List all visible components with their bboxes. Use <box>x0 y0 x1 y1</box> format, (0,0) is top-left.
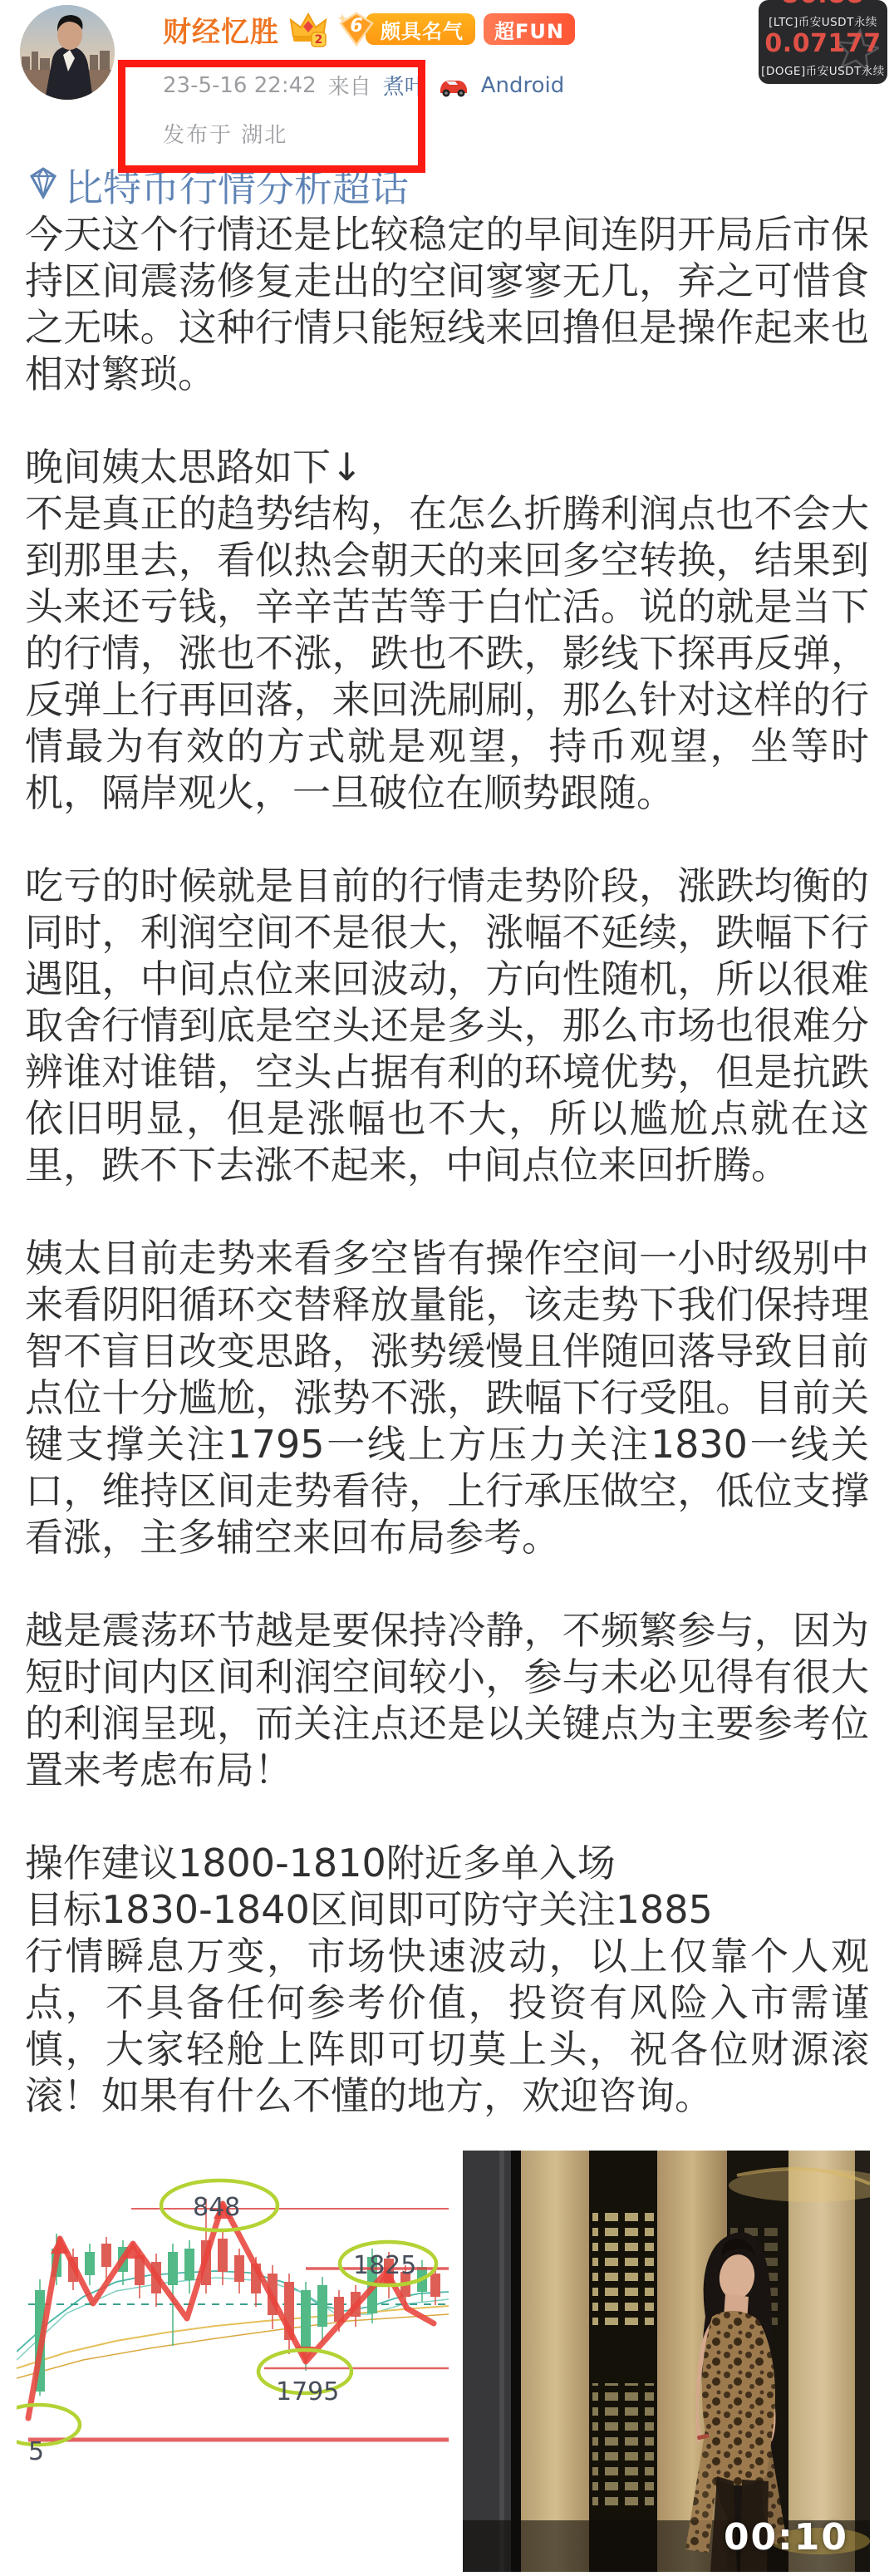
post-paragraph: 操作建议1800-1810附近多单入场 目标1830-1840区间即可防守关注1… <box>25 1840 869 2119</box>
post-paragraph: 晚间姨太思路如下↓ 不是真正的趋势结构，在怎么折腾利润点也不会大到那里去，看似热… <box>25 444 869 816</box>
super-topic-link[interactable]: 比特币行情分析超话 <box>25 165 869 211</box>
source-prefix: 来自 <box>328 70 371 101</box>
doge-label: [DOGE]币安USDT永续 <box>759 61 887 78</box>
crown-badge-icon[interactable]: 2 <box>287 10 329 48</box>
source-app-link[interactable]: 煮叶 <box>383 70 426 101</box>
post-paragraph: 吃亏的时候就是目前的行情走势阶段，涨跌均衡的同时，利润空间不是很大，涨幅不延续，… <box>25 863 869 1188</box>
ltc-label: [LTC]币安USDT永续 <box>759 12 887 29</box>
avatar[interactable] <box>20 5 115 100</box>
svg-text:1825: 1825 <box>353 2251 416 2280</box>
location-label: 发布于 湖北 <box>163 118 287 149</box>
post-text: 今天这个行情还是比较稳定的早间连阴开局后市保持区间震荡修复走出的空间寥寥无几，弃… <box>25 211 869 2119</box>
video-timestamp: 00:10 <box>724 2516 848 2559</box>
post-header: 财经忆胜 2 6 颇具名气 超FUN <box>163 5 575 53</box>
video-thumbnail[interactable]: 00:10 <box>463 2151 870 2572</box>
post-body: 比特币行情分析超话 今天这个行情还是比较稳定的早间连阴开局后市保持区间震荡修复走… <box>25 165 869 2119</box>
car-icon <box>438 73 469 98</box>
fame-badge-label: 颇具名气 <box>366 13 475 45</box>
crypto-ticker-overlay[interactable]: 86.88 [LTC]币安USDT永续 0.07177 [DOGE]币安USDT… <box>759 0 887 84</box>
superfun-badge[interactable]: 超FUN <box>484 13 575 45</box>
svg-text:848: 848 <box>193 2193 240 2222</box>
post-meta: 23-5-16 22:42 来自 煮叶 Android <box>163 70 564 101</box>
chart-image[interactable]: 848182517955 <box>17 2151 449 2572</box>
doge-price: 0.07177 <box>759 29 887 59</box>
svg-text:6: 6 <box>350 16 362 37</box>
super-topic-label: 比特币行情分析超话 <box>65 165 409 211</box>
vip-level-icon: 6 <box>337 10 376 48</box>
svg-text:1795: 1795 <box>276 2377 339 2406</box>
timestamp: 23-5-16 22:42 <box>163 73 317 98</box>
ltc-price-partial: 86.88 <box>759 0 887 10</box>
fame-badge[interactable]: 6 颇具名气 <box>337 10 475 48</box>
svg-text:5: 5 <box>28 2437 44 2466</box>
post-paragraph: 姨太目前走势来看多空皆有操作空间一小时级别中来看阴阳循环交替释放量能，该走势下我… <box>25 1235 869 1561</box>
post-paragraph: 越是震荡环节越是要保持冷静，不频繁参与，因为短时间内区间利润空间较小，参与未必见… <box>25 1607 869 1793</box>
post-paragraph: 今天这个行情还是比较稳定的早间连阴开局后市保持区间震荡修复走出的空间寥寥无几，弃… <box>25 211 869 397</box>
svg-text:2: 2 <box>315 33 323 47</box>
source-platform[interactable]: Android <box>481 73 565 98</box>
gem-icon <box>25 165 61 211</box>
username[interactable]: 财经忆胜 <box>163 9 279 50</box>
